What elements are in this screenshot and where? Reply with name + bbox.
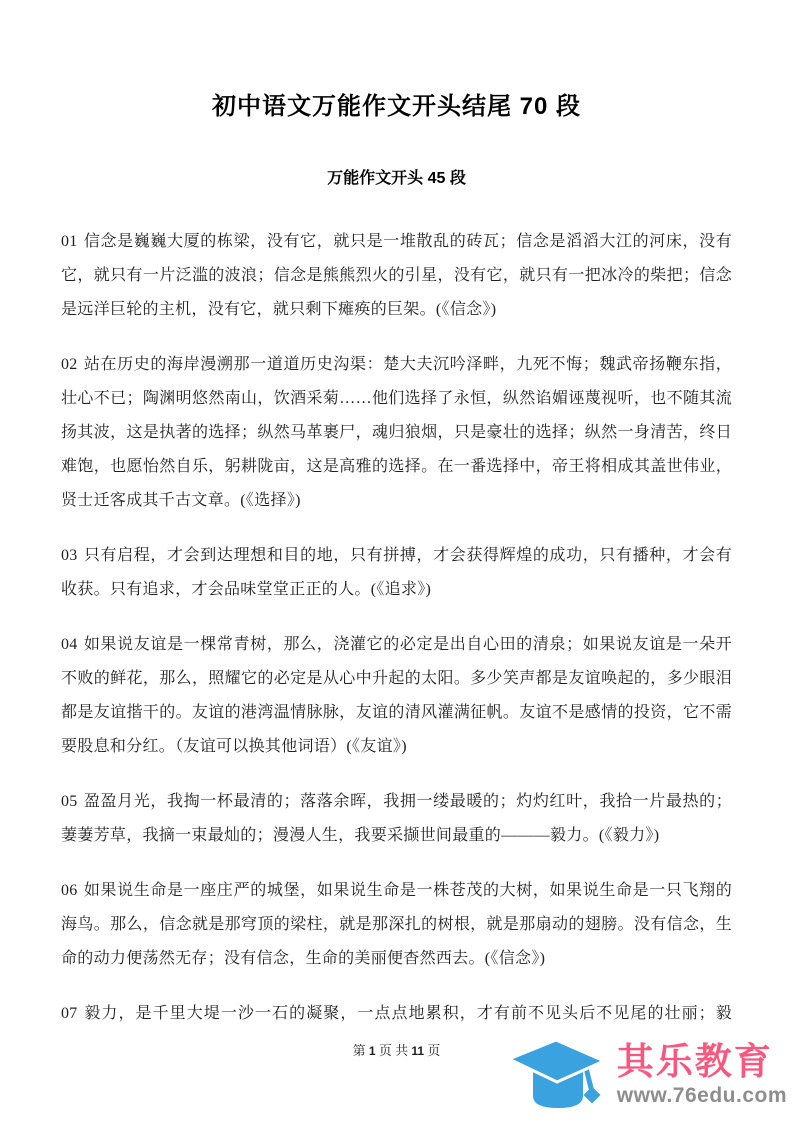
document-body: 初中语文万能作文开头结尾 70 段 万能作文开头 45 段 01信念是巍巍大厦的… xyxy=(61,0,732,1036)
paragraph-text: 只有启程，才会到达理想和目的地，只有拼搏，才会获得辉煌的成功，只有播种，才会有收… xyxy=(61,547,732,598)
paragraph-list: 01信念是巍巍大厦的栋梁，没有它，就只是一堆散乱的砖瓦；信念是滔滔大江的河床，没… xyxy=(61,225,732,1036)
paragraph-number: 01 xyxy=(61,233,78,250)
brand-website: www.76edu.com xyxy=(617,1084,787,1107)
brand-logo: 其乐教育 www.76edu.com xyxy=(505,1036,787,1114)
essay-paragraph: 07毅力，是千里大堤一沙一石的凝聚，一点点地累积，才有前不见头后不见尾的壮丽；毅… xyxy=(61,997,732,1036)
section-subtitle: 万能作文开头 45 段 xyxy=(61,165,732,188)
paragraph-number: 06 xyxy=(61,882,78,899)
paragraph-text: 如果说生命是一座庄严的城堡，如果说生命是一株苍茂的大树，如果说生命是一只飞翔的海… xyxy=(61,882,732,967)
essay-paragraph: 04如果说友谊是一棵常青树，那么，浇灌它的必定是出自心田的清泉；如果说友谊是一朵… xyxy=(61,628,732,764)
essay-paragraph: 03只有启程，才会到达理想和目的地，只有拼搏，才会获得辉煌的成功，只有播种，才会… xyxy=(61,539,732,607)
document-page: 初中语文万能作文开头结尾 70 段 万能作文开头 45 段 01信念是巍巍大厦的… xyxy=(0,0,793,1122)
essay-paragraph: 06如果说生命是一座庄严的城堡，如果说生命是一株苍茂的大树，如果说生命是一只飞翔… xyxy=(61,874,732,976)
current-page-number: 1 xyxy=(369,1044,376,1058)
paragraph-number: 07 xyxy=(61,1005,78,1022)
brand-name: 其乐教育 xyxy=(617,1043,787,1082)
paragraph-number: 02 xyxy=(61,356,78,373)
paragraph-text: 站在历史的海岸漫溯那一道道历史沟渠：楚大夫沉吟泽畔，九死不悔；魏武帝扬鞭东指，壮… xyxy=(61,356,732,509)
essay-paragraph: 02站在历史的海岸漫溯那一道道历史沟渠：楚大夫沉吟泽畔，九死不悔；魏武帝扬鞭东指… xyxy=(61,348,732,518)
graduation-cap-icon xyxy=(505,1036,609,1114)
paragraph-text: 信念是巍巍大厦的栋梁，没有它，就只是一堆散乱的砖瓦；信念是滔滔大江的河床，没有它… xyxy=(61,233,732,318)
essay-paragraph: 01信念是巍巍大厦的栋梁，没有它，就只是一堆散乱的砖瓦；信念是滔滔大江的河床，没… xyxy=(61,225,732,327)
paragraph-text: 盈盈月光，我掏一杯最清的；落落余晖，我拥一缕最暖的；灼灼红叶，我拾一片最热的；萋… xyxy=(61,793,732,844)
footer-label: 第 xyxy=(353,1043,366,1058)
total-page-number: 11 xyxy=(411,1044,424,1058)
document-title: 初中语文万能作文开头结尾 70 段 xyxy=(61,86,732,121)
footer-label: 页 xyxy=(427,1043,440,1058)
paragraph-text: 毅力，是千里大堤一沙一石的凝聚，一点点地累积，才有前不见头后不见尾的壮丽；毅力，… xyxy=(61,1005,732,1036)
paragraph-number: 05 xyxy=(61,793,78,810)
paragraph-number: 04 xyxy=(61,636,78,653)
paragraph-number: 03 xyxy=(61,547,78,564)
logo-text-block: 其乐教育 www.76edu.com xyxy=(617,1043,787,1107)
footer-label: 页 共 xyxy=(379,1043,408,1058)
paragraph-text: 如果说友谊是一棵常青树，那么，浇灌它的必定是出自心田的清泉；如果说友谊是一朵开不… xyxy=(61,636,732,755)
essay-paragraph: 05盈盈月光，我掏一杯最清的；落落余晖，我拥一缕最暖的；灼灼红叶，我拾一片最热的… xyxy=(61,785,732,853)
